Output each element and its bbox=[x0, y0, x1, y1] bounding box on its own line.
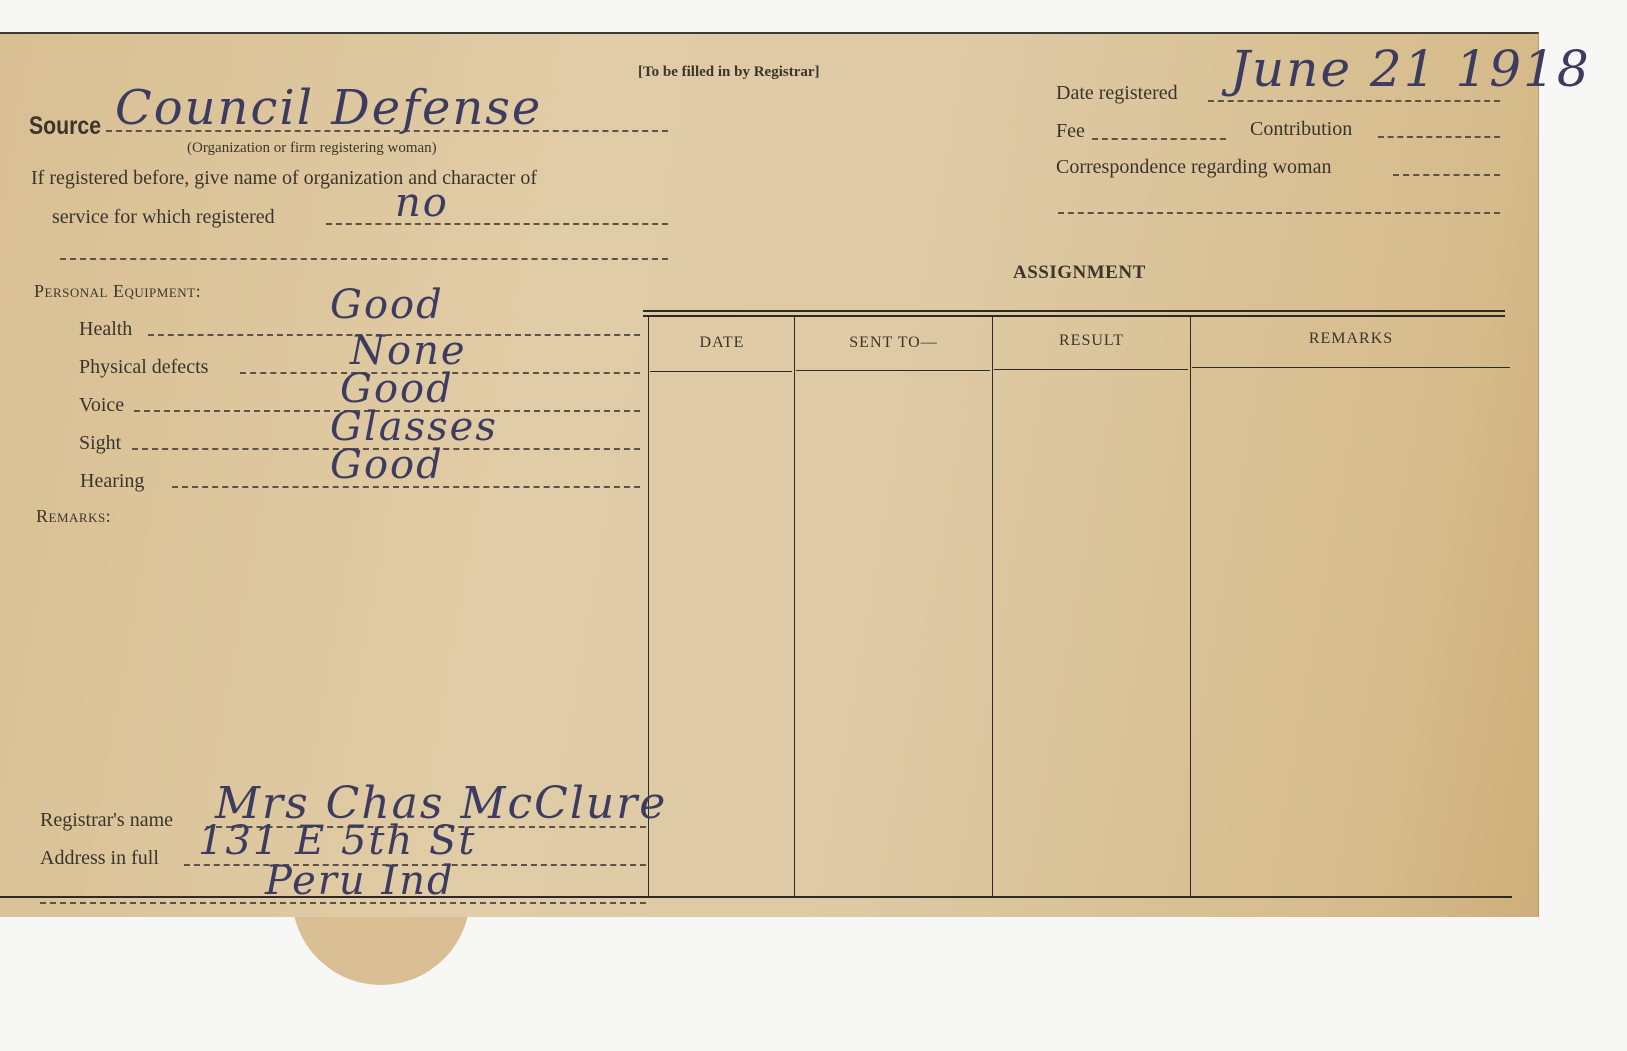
header-rule-result bbox=[994, 369, 1188, 370]
column-header-remarks: REMARKS bbox=[1191, 330, 1511, 348]
header-rule-sent-to bbox=[796, 370, 990, 371]
health-value[interactable]: Good bbox=[330, 282, 444, 328]
assignment-top-rule-2 bbox=[643, 315, 1505, 317]
hearing-label: Hearing bbox=[80, 470, 144, 493]
hearing-value[interactable]: Good bbox=[330, 442, 444, 488]
address-label: Address in full bbox=[40, 847, 159, 870]
col-divider-2 bbox=[992, 317, 993, 897]
prior-registration-line bbox=[326, 223, 668, 225]
source-caption: (Organization or firm registering woman) bbox=[187, 140, 437, 157]
prior-registration-label-1: If registered before, give name of organ… bbox=[31, 167, 537, 190]
personal-equipment-heading: Personal Equipment: bbox=[34, 281, 201, 302]
health-label: Health bbox=[79, 318, 132, 341]
correspondence-line bbox=[1393, 174, 1500, 176]
date-registered-value[interactable]: June 21 1918 bbox=[1230, 40, 1591, 98]
remarks-label: Remarks: bbox=[36, 506, 111, 527]
assignment-top-rule-1 bbox=[643, 310, 1505, 312]
sight-label: Sight bbox=[79, 432, 121, 455]
column-header-sent-to: SENT TO— bbox=[795, 334, 992, 352]
contribution-line bbox=[1378, 136, 1500, 138]
date-registered-label: Date registered bbox=[1056, 82, 1178, 105]
col-divider-3 bbox=[1190, 317, 1191, 897]
prior-registration-label-2: service for which registered bbox=[52, 206, 275, 229]
column-header-result: RESULT bbox=[993, 332, 1190, 350]
assignment-heading: ASSIGNMENT bbox=[1013, 262, 1146, 284]
prior-registration-value[interactable]: no bbox=[395, 180, 449, 226]
prior-registration-line-2 bbox=[60, 258, 668, 260]
column-header-date: DATE bbox=[650, 334, 794, 352]
card-bottom-rule bbox=[0, 896, 1512, 898]
header-rule-date bbox=[650, 371, 792, 372]
header-rule-remarks bbox=[1192, 367, 1510, 368]
correspondence-label: Correspondence regarding woman bbox=[1056, 156, 1331, 179]
source-value[interactable]: Council Defense bbox=[115, 80, 542, 136]
fee-label: Fee bbox=[1056, 120, 1085, 143]
physical-defects-label: Physical defects bbox=[79, 356, 208, 379]
registrar-name-label: Registrar's name bbox=[40, 809, 173, 832]
col-divider-1 bbox=[794, 317, 795, 897]
address-value-line-2[interactable]: Peru Ind bbox=[265, 858, 455, 904]
fee-line bbox=[1092, 138, 1226, 140]
registration-card: [To be filled in by Registrar] Source Co… bbox=[0, 32, 1539, 917]
correspondence-line-2 bbox=[1058, 212, 1500, 214]
contribution-label: Contribution bbox=[1250, 118, 1352, 141]
date-registered-line bbox=[1208, 100, 1500, 102]
source-label: Source bbox=[29, 112, 101, 141]
voice-label: Voice bbox=[79, 394, 124, 417]
registrar-note: [To be filled in by Registrar] bbox=[638, 64, 820, 81]
